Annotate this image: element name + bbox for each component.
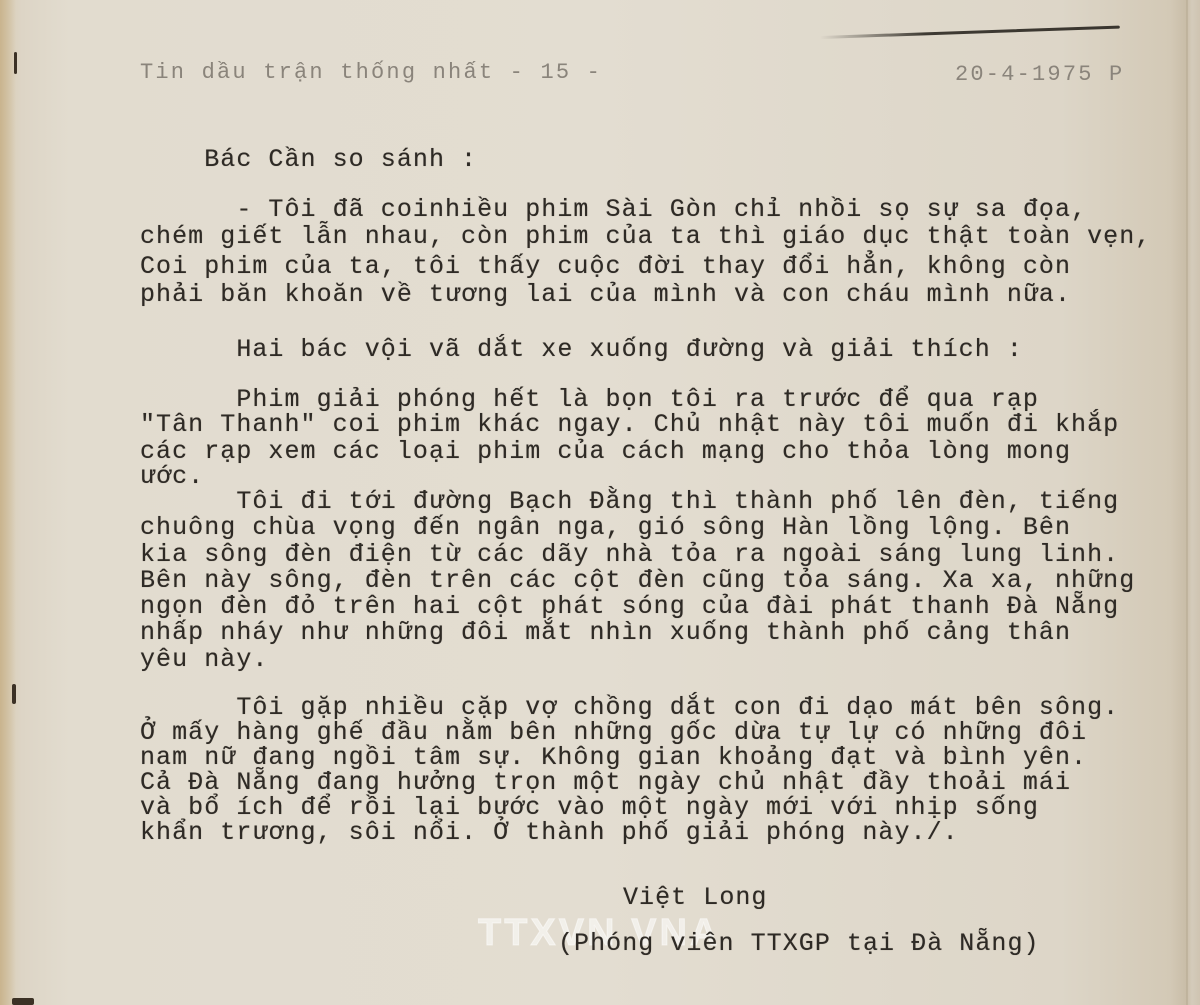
body-line: kia sông đèn điện từ các dãy nhà tỏa ra … (140, 540, 1119, 569)
ink-mark (14, 52, 17, 74)
body-line: - Tôi đã coinhiều phim Sài Gòn chỉ nhồi … (140, 195, 1087, 224)
body-line: "Tân Thanh" coi phim khác ngay. Chủ nhật… (140, 410, 1119, 439)
body-line: Tôi đi tới đường Bạch Đằng thì thành phố… (140, 487, 1119, 516)
body-line: Coi phim của ta, tôi thấy cuộc đời thay … (140, 252, 1071, 281)
body-line: chém giết lẫn nhau, còn phim của ta thì … (140, 222, 1151, 251)
body-line: ngọn đèn đỏ trên hai cột phát sóng của đ… (140, 592, 1119, 621)
binding-edge-shadow (0, 0, 16, 1005)
page-right-edge (1186, 0, 1188, 1005)
ink-mark (12, 684, 16, 704)
body-line: Hai bác vội vã dắt xe xuống đường và giả… (140, 335, 1023, 364)
body-line: phải băn khoăn về tương lai của mình và … (140, 280, 1071, 309)
ink-mark (12, 998, 34, 1005)
body-line: Bên này sông, đèn trên các cột đèn cũng … (140, 566, 1135, 595)
document-date: 20-4-1975 P (955, 62, 1124, 87)
body-line: các rạp xem các loại phim của cách mạng … (140, 437, 1071, 466)
body-line: yêu này. (140, 645, 268, 674)
body-line: nhấp nháy như những đôi mắt nhìn xuống t… (140, 618, 1071, 647)
author-name: Việt Long (623, 883, 767, 912)
handwritten-underline (820, 26, 1120, 39)
scanned-document-page: Tin dầu trận thống nhất - 15 - 20-4-1975… (0, 0, 1200, 1005)
body-line: chuông chùa vọng đến ngân nga, gió sông … (140, 513, 1071, 542)
body-line: khẩn trương, sôi nổi. Ở thành phố giải p… (140, 818, 959, 847)
body-line: Bác Cần so sánh : (140, 145, 477, 174)
author-credit: (Phóng viên TTXGP tại Đà Nẵng) (558, 929, 1040, 958)
running-title: Tin dầu trận thống nhất - 15 - (140, 60, 602, 85)
